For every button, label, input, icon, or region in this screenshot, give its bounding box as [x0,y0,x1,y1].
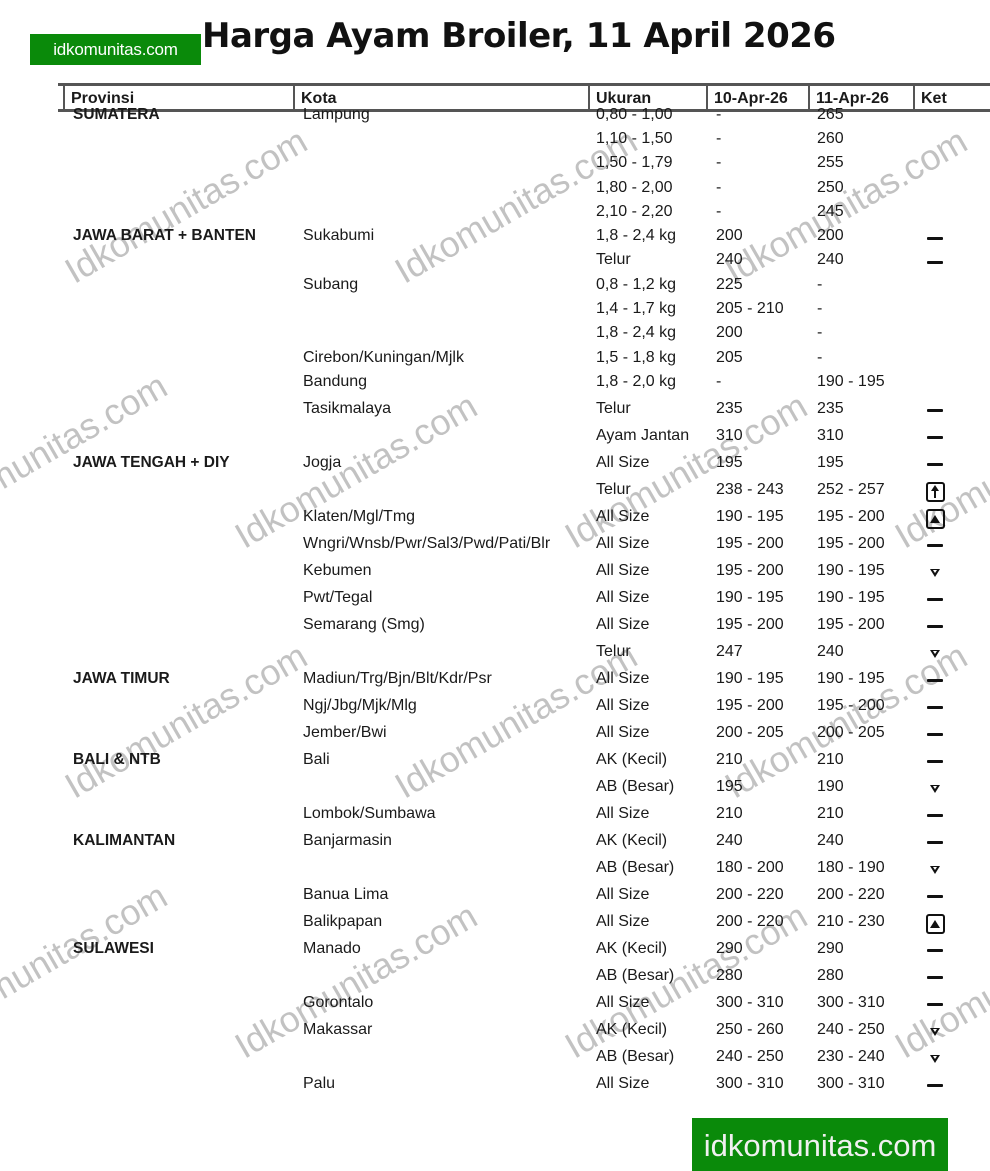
table-row: Subang0,8 - 1,2 kg225- [58,276,990,300]
no-change-dash-icon [927,463,943,466]
cell-price-current: 265 [817,106,844,124]
up-triangle-box-icon [926,914,945,934]
cell-ket [924,251,946,273]
cell-ket-empty [924,106,946,128]
no-change-dash-icon [927,895,943,898]
cell-price-current: 240 [817,643,844,661]
cell-price-prev: 195 [716,778,743,796]
cell-ukuran: All Size [596,805,649,823]
cell-ket-empty [924,373,946,395]
cell-price-current: 195 - 200 [817,697,885,715]
cell-ket [924,1075,946,1097]
cell-ukuran: All Size [596,994,649,1012]
cell-price-prev: 205 - 210 [716,300,784,318]
cell-price-prev: 240 [716,251,743,269]
cell-provinsi: KALIMANTAN [73,832,175,850]
cell-price-current: 200 [817,227,844,245]
cell-price-current: 190 - 195 [817,589,885,607]
cell-price-current: 210 [817,751,844,769]
cell-price-current: 280 [817,967,844,985]
cell-price-prev: - [716,179,721,197]
cell-price-prev: 195 - 200 [716,535,784,553]
footer-logo-badge[interactable]: idkomunitas.com [692,1118,948,1171]
no-change-dash-icon [927,976,943,979]
cell-ukuran: All Size [596,697,649,715]
cell-price-prev: 240 - 250 [716,1048,784,1066]
cell-provinsi: JAWA TIMUR [73,670,170,688]
cell-price-prev: 300 - 310 [716,1075,784,1093]
cell-price-current: 200 - 205 [817,724,885,742]
cell-kota: Banua Lima [303,886,388,904]
cell-price-prev: 300 - 310 [716,994,784,1012]
cell-ukuran: 2,10 - 2,20 [596,203,673,221]
cell-ket [924,832,946,854]
table-row: 1,80 - 2,00-250 [58,179,990,203]
table-row: Telur240240 [58,251,990,275]
cell-price-prev: - [716,203,721,221]
cell-provinsi: BALI & NTB [73,751,161,769]
cell-price-current: 190 - 195 [817,670,885,688]
cell-ukuran: All Size [596,913,649,931]
cell-ukuran: All Size [596,508,649,526]
cell-price-current: 235 [817,400,844,418]
cell-kota: Balikpapan [303,913,382,931]
cell-price-prev: 195 - 200 [716,697,784,715]
cell-price-prev: 210 [716,805,743,823]
cell-price-prev: 235 [716,400,743,418]
table-row: 1,10 - 1,50-260 [58,130,990,154]
cell-price-current: 195 [817,454,844,472]
cell-ukuran: All Size [596,670,649,688]
cell-kota: Gorontalo [303,994,373,1012]
cell-provinsi: JAWA TENGAH + DIY [73,454,230,472]
table-row: Ngj/Jbg/Mjk/MlgAll Size195 - 200195 - 20… [58,697,990,721]
down-triangle-icon [930,1055,940,1063]
no-change-dash-icon [927,679,943,682]
cell-ket [924,1048,946,1070]
cell-ket [924,751,946,773]
table-row: Lombok/SumbawaAll Size210210 [58,805,990,829]
cell-ukuran: Telur [596,643,631,661]
cell-kota: Bali [303,751,330,769]
down-triangle-icon [930,569,940,577]
cell-kota: Sukabumi [303,227,374,245]
cell-ukuran: 1,50 - 1,79 [596,154,673,172]
cell-ukuran: All Size [596,616,649,634]
cell-kota: Tasikmalaya [303,400,391,418]
cell-ukuran: AK (Kecil) [596,1021,667,1039]
cell-ket [924,427,946,449]
cell-kota: Cirebon/Kuningan/Mjlk [303,349,464,367]
cell-kota: Wngri/Wnsb/Pwr/Sal3/Pwd/Pati/Blr [303,535,550,553]
table-row: AB (Besar)195190 [58,778,990,802]
cell-price-prev: 195 - 200 [716,616,784,634]
cell-price-prev: 200 - 220 [716,913,784,931]
table-row: BalikpapanAll Size200 - 220210 - 230 [58,913,990,937]
page-title: Harga Ayam Broiler, 11 April 2026 [202,16,836,56]
cell-ket-empty [924,179,946,201]
cell-price-prev: 290 [716,940,743,958]
cell-price-current: 300 - 310 [817,1075,885,1093]
table-row: SUMATERALampung0,80 - 1,00-265 [58,106,990,130]
cell-ket [924,1021,946,1043]
cell-price-prev: 200 - 205 [716,724,784,742]
cell-price-prev: 225 [716,276,743,294]
cell-ukuran: All Size [596,1075,649,1093]
cell-price-current: 240 [817,832,844,850]
cell-price-prev: 310 [716,427,743,445]
cell-kota: Semarang (Smg) [303,616,425,634]
cell-kota: Palu [303,1075,335,1093]
cell-kota: Banjarmasin [303,832,392,850]
cell-kota: Lombok/Sumbawa [303,805,436,823]
cell-ket [924,481,946,503]
cell-ukuran: Telur [596,400,631,418]
down-triangle-icon [930,785,940,793]
cell-ket [924,643,946,665]
cell-price-prev: 240 [716,832,743,850]
cell-kota: Manado [303,940,361,958]
cell-kota: Makassar [303,1021,372,1039]
table-row: TasikmalayaTelur235235 [58,400,990,424]
cell-price-prev: - [716,106,721,124]
cell-price-prev: 247 [716,643,743,661]
cell-price-current: 240 - 250 [817,1021,885,1039]
cell-price-current: 290 [817,940,844,958]
cell-ukuran: All Size [596,724,649,742]
no-change-dash-icon [927,409,943,412]
cell-ket [924,940,946,962]
cell-kota: Bandung [303,373,367,391]
cell-price-prev: 180 - 200 [716,859,784,877]
cell-price-prev: - [716,130,721,148]
cell-provinsi: SULAWESI [73,940,154,958]
cell-price-prev: 205 [716,349,743,367]
cell-kota: Jember/Bwi [303,724,387,742]
cell-kota: Subang [303,276,358,294]
cell-provinsi: JAWA BARAT + BANTEN [73,227,256,245]
cell-ukuran: 1,10 - 1,50 [596,130,673,148]
cell-provinsi: SUMATERA [73,106,160,124]
cell-ukuran: All Size [596,589,649,607]
cell-price-prev: 190 - 195 [716,670,784,688]
cell-ket [924,562,946,584]
table-row: Telur238 - 243252 - 257 [58,481,990,505]
cell-kota: Ngj/Jbg/Mjk/Mlg [303,697,417,715]
up-triangle-box-icon [926,509,945,529]
no-change-dash-icon [927,237,943,240]
cell-ket [924,967,946,989]
no-change-dash-icon [927,814,943,817]
table-row: Telur247240 [58,643,990,667]
cell-ukuran: AB (Besar) [596,1048,674,1066]
table-row: PaluAll Size300 - 310300 - 310 [58,1075,990,1099]
cell-ket [924,535,946,557]
cell-price-prev: 200 [716,227,743,245]
cell-ket [924,913,946,935]
cell-price-current: 252 - 257 [817,481,885,499]
table-row: Semarang (Smg)All Size195 - 200195 - 200 [58,616,990,640]
price-table: Provinsi Kota Ukuran 10-Apr-26 11-Apr-26… [58,83,990,112]
cell-price-prev: 210 [716,751,743,769]
down-triangle-icon [930,866,940,874]
cell-price-prev: 250 - 260 [716,1021,784,1039]
cell-ukuran: Telur [596,481,631,499]
cell-ket-empty [924,154,946,176]
cell-ukuran: AB (Besar) [596,859,674,877]
cell-ukuran: All Size [596,562,649,580]
cell-price-prev: 190 - 195 [716,508,784,526]
table-row: 2,10 - 2,20-245 [58,203,990,227]
cell-price-current: 195 - 200 [817,508,885,526]
table-row: AB (Besar)180 - 200180 - 190 [58,859,990,883]
cell-ukuran: AK (Kecil) [596,751,667,769]
cell-ukuran: 1,8 - 2,4 kg [596,324,676,342]
cell-ukuran: 1,8 - 2,0 kg [596,373,676,391]
cell-ket [924,886,946,908]
cell-price-current: 260 [817,130,844,148]
cell-price-current: 240 [817,251,844,269]
no-change-dash-icon [927,841,943,844]
cell-ket [924,508,946,530]
table-row: Jember/BwiAll Size200 - 205200 - 205 [58,724,990,748]
table-row: MakassarAK (Kecil)250 - 260240 - 250 [58,1021,990,1045]
cell-price-current: 250 [817,179,844,197]
cell-ukuran: All Size [596,886,649,904]
cell-price-current: 190 [817,778,844,796]
cell-price-current: 255 [817,154,844,172]
cell-price-prev: 200 - 220 [716,886,784,904]
cell-kota: Kebumen [303,562,372,580]
cell-price-current: 200 - 220 [817,886,885,904]
cell-price-prev: 195 - 200 [716,562,784,580]
no-change-dash-icon [927,706,943,709]
cell-price-current: 180 - 190 [817,859,885,877]
cell-ukuran: 1,80 - 2,00 [596,179,673,197]
cell-ket [924,227,946,249]
cell-price-current: 190 - 195 [817,373,885,391]
table-row: 1,8 - 2,4 kg200- [58,324,990,348]
cell-ket [924,805,946,827]
cell-price-current: 245 [817,203,844,221]
no-change-dash-icon [927,436,943,439]
cell-ukuran: All Size [596,535,649,553]
cell-ket [924,778,946,800]
cell-price-prev: 190 - 195 [716,589,784,607]
cell-ukuran: 1,4 - 1,7 kg [596,300,676,318]
cell-price-current: 195 - 200 [817,535,885,553]
cell-ket [924,724,946,746]
cell-ket [924,616,946,638]
no-change-dash-icon [927,949,943,952]
cell-price-prev: - [716,154,721,172]
cell-ket-empty [924,276,946,298]
table-row: JAWA BARAT + BANTENSukabumi1,8 - 2,4 kg2… [58,227,990,251]
down-triangle-icon [930,1028,940,1036]
cell-price-prev: 280 [716,967,743,985]
cell-ket-empty [924,349,946,371]
cell-ket-empty [924,203,946,225]
cell-price-current: 230 - 240 [817,1048,885,1066]
cell-ukuran: All Size [596,454,649,472]
cell-kota: Klaten/Mgl/Tmg [303,508,415,526]
logo-badge[interactable]: idkomunitas.com [30,34,201,65]
table-row: Wngri/Wnsb/Pwr/Sal3/Pwd/Pati/BlrAll Size… [58,535,990,559]
cell-price-current: 190 - 195 [817,562,885,580]
cell-ukuran: Ayam Jantan [596,427,689,445]
no-change-dash-icon [927,625,943,628]
no-change-dash-icon [927,598,943,601]
table-row: KebumenAll Size195 - 200190 - 195 [58,562,990,586]
no-change-dash-icon [927,760,943,763]
table-row: JAWA TIMURMadiun/Trg/Bjn/Blt/Kdr/PsrAll … [58,670,990,694]
no-change-dash-icon [927,261,943,264]
table-row: 1,4 - 1,7 kg205 - 210- [58,300,990,324]
cell-price-current: - [817,276,822,294]
cell-ket [924,697,946,719]
cell-ukuran: AB (Besar) [596,778,674,796]
no-change-dash-icon [927,733,943,736]
cell-price-current: 310 [817,427,844,445]
cell-ket-empty [924,300,946,322]
cell-ket [924,454,946,476]
cell-price-prev: - [716,373,721,391]
table-row: JAWA TENGAH + DIYJogjaAll Size195195 [58,454,990,478]
cell-ket-empty [924,324,946,346]
table-row: Klaten/Mgl/TmgAll Size190 - 195195 - 200 [58,508,990,532]
cell-ket [924,589,946,611]
up-arrow-box-icon [926,482,945,502]
table-row: Cirebon/Kuningan/Mjlk1,5 - 1,8 kg205- [58,349,990,373]
cell-ket-empty [924,130,946,152]
cell-price-current: - [817,349,822,367]
table-row: AB (Besar)240 - 250230 - 240 [58,1048,990,1072]
table-row: SULAWESIManadoAK (Kecil)290290 [58,940,990,964]
cell-price-prev: 200 [716,324,743,342]
cell-price-prev: 238 - 243 [716,481,784,499]
cell-ket [924,670,946,692]
cell-kota: Lampung [303,106,370,124]
cell-price-current: - [817,300,822,318]
cell-price-current: 195 - 200 [817,616,885,634]
cell-ket [924,859,946,881]
cell-kota: Madiun/Trg/Bjn/Blt/Kdr/Psr [303,670,492,688]
table-row: KALIMANTANBanjarmasinAK (Kecil)240240 [58,832,990,856]
cell-ukuran: AK (Kecil) [596,832,667,850]
cell-price-current: - [817,324,822,342]
cell-ukuran: AK (Kecil) [596,940,667,958]
table-row: BALI & NTBBaliAK (Kecil)210210 [58,751,990,775]
no-change-dash-icon [927,1003,943,1006]
table-row: AB (Besar)280280 [58,967,990,991]
table-row: Pwt/TegalAll Size190 - 195190 - 195 [58,589,990,613]
cell-kota: Jogja [303,454,341,472]
cell-price-current: 300 - 310 [817,994,885,1012]
table-row: Bandung1,8 - 2,0 kg-190 - 195 [58,373,990,397]
cell-ukuran: 1,8 - 2,4 kg [596,227,676,245]
cell-ukuran: Telur [596,251,631,269]
no-change-dash-icon [927,1084,943,1087]
cell-kota: Pwt/Tegal [303,589,372,607]
table-row: GorontaloAll Size300 - 310300 - 310 [58,994,990,1018]
cell-price-current: 210 [817,805,844,823]
table-row: 1,50 - 1,79-255 [58,154,990,178]
cell-price-prev: 195 [716,454,743,472]
cell-ukuran: 1,5 - 1,8 kg [596,349,676,367]
cell-ket [924,994,946,1016]
table-row: Banua LimaAll Size200 - 220200 - 220 [58,886,990,910]
down-triangle-icon [930,650,940,658]
table-row: Ayam Jantan310310 [58,427,990,451]
cell-ukuran: AB (Besar) [596,967,674,985]
cell-ukuran: 0,80 - 1,00 [596,106,673,124]
cell-price-current: 210 - 230 [817,913,885,931]
no-change-dash-icon [927,544,943,547]
cell-ket [924,400,946,422]
cell-ukuran: 0,8 - 1,2 kg [596,276,676,294]
